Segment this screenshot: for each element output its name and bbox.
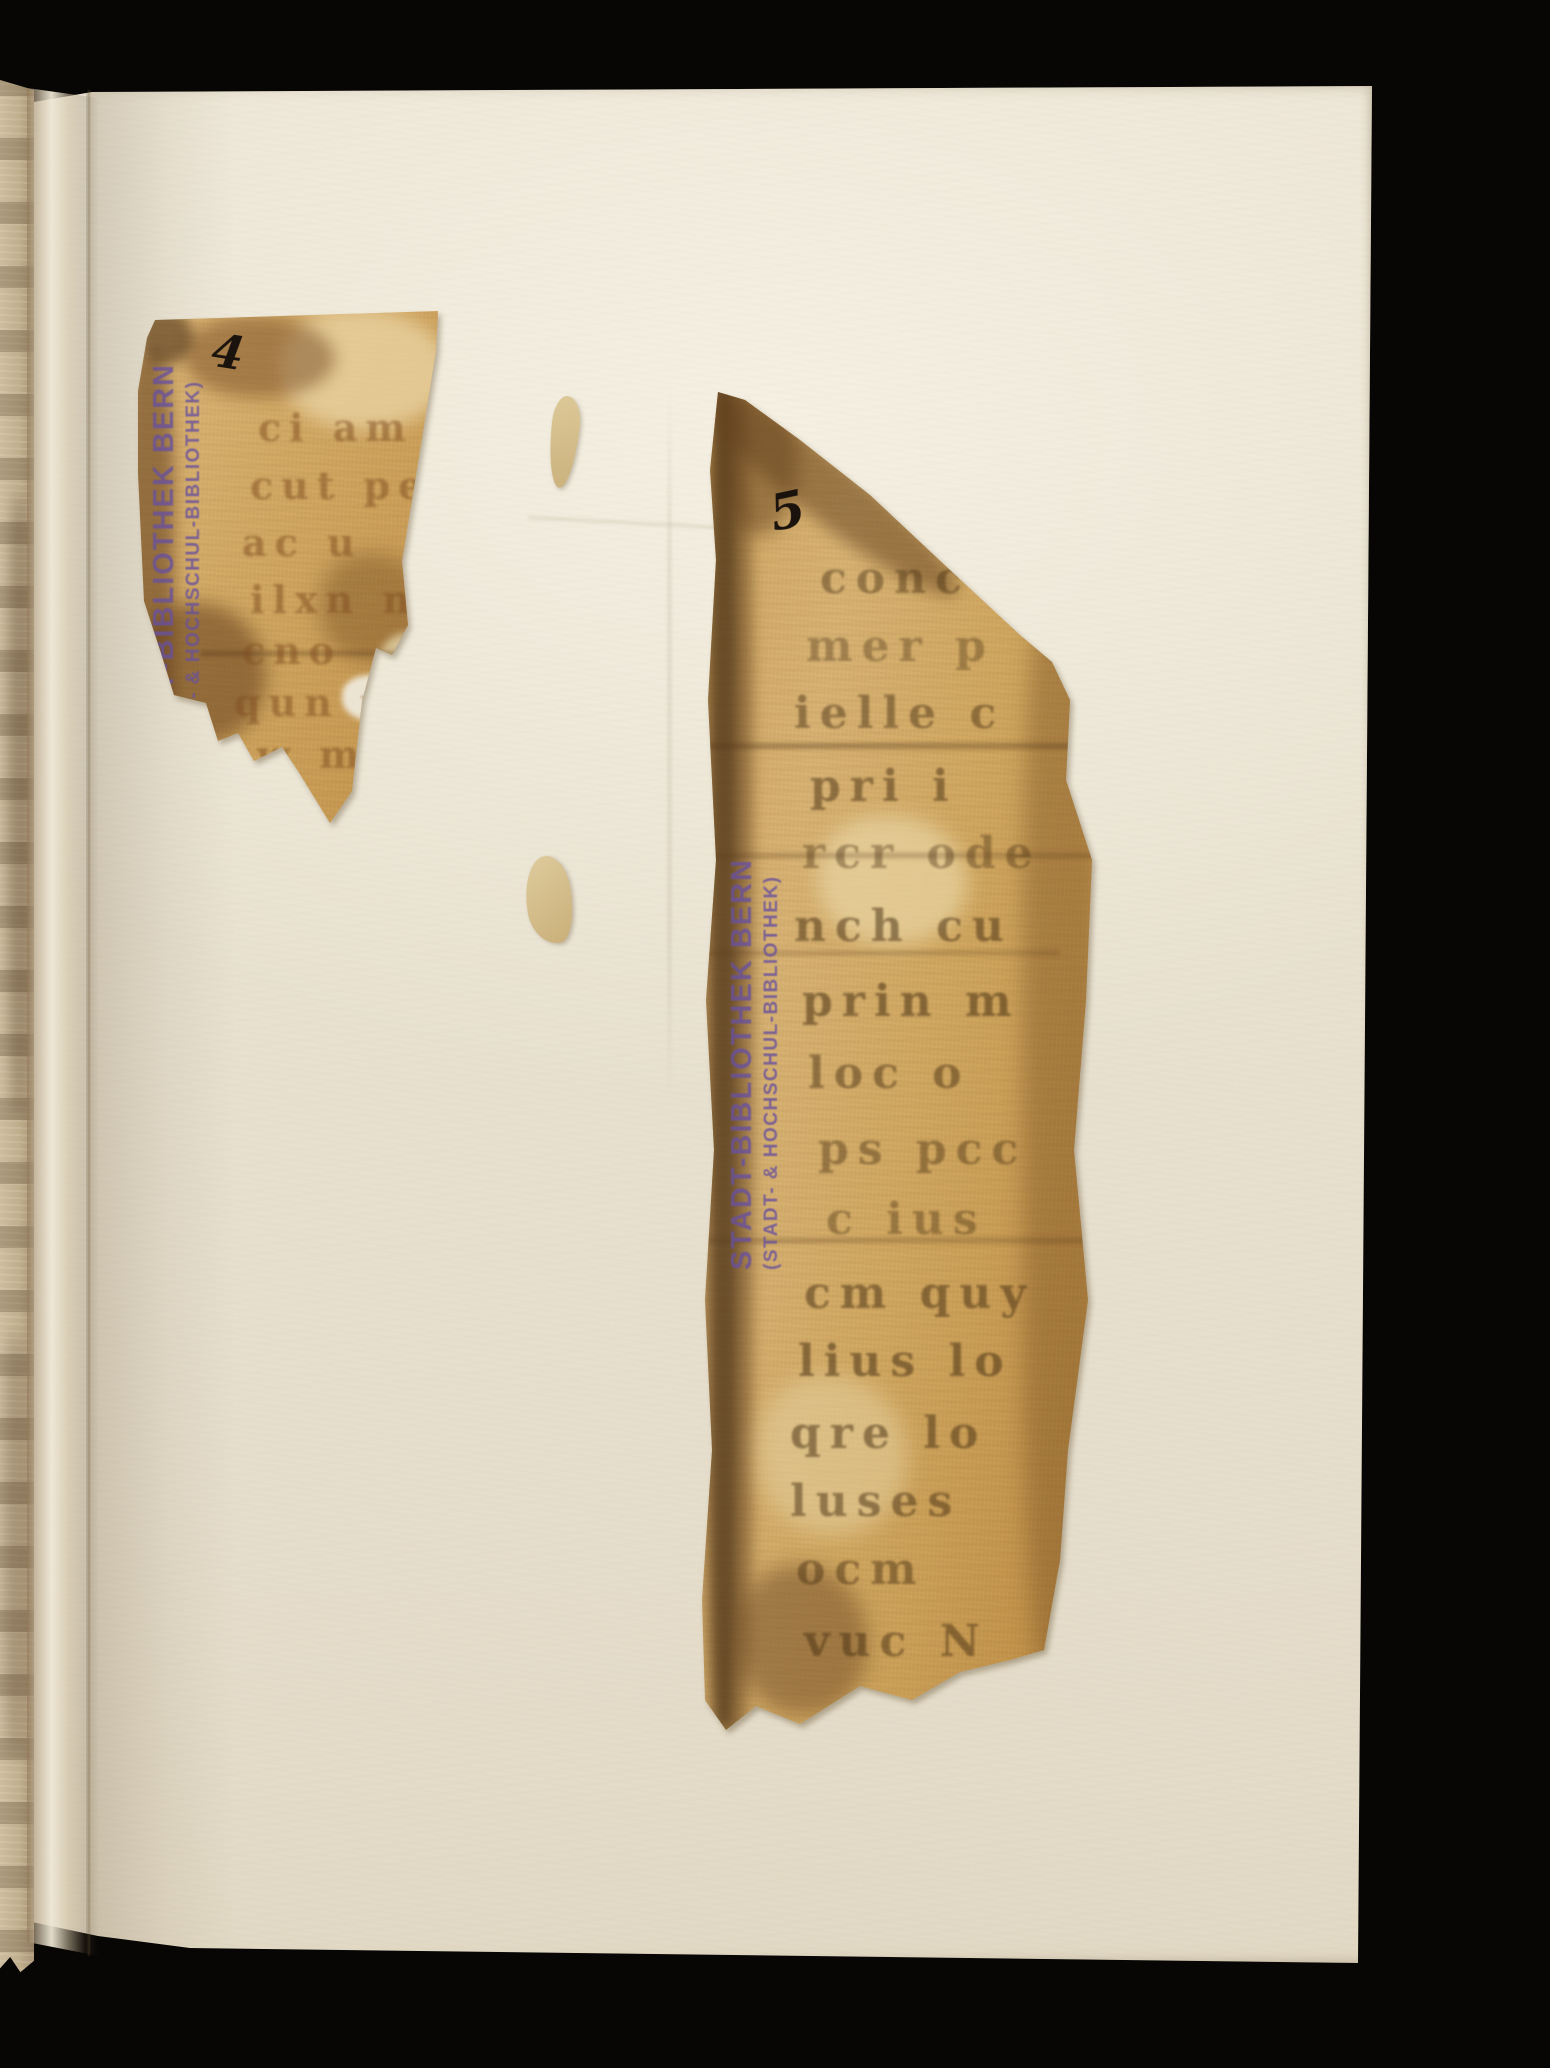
script-line: ocm [796,1544,926,1595]
script-line: ps pcc [818,1124,1027,1175]
script-line: vuc N [804,1616,989,1667]
script-line: cno [242,628,342,673]
script-line: ci am q [258,405,465,450]
script-line: rcr ode [802,828,1042,879]
script-line: lius lo [798,1336,1013,1387]
fragment-number-4: 4 [208,323,248,381]
script-line: luses [790,1476,961,1527]
script-line: cut pe [250,463,430,508]
parchment-fragment-5: conc mer p ielle c pri i rcr ode nch cu … [698,385,1100,1737]
script-line: c ius [826,1194,987,1245]
parchment-pale-tab [378,633,442,711]
paper-crease [668,384,671,1104]
script-line: prin m [802,976,1021,1027]
stamp-line-primary: STADT-BIBLIOTHEK BERN [724,858,760,1270]
library-stamp: STADT-BIBLIOTHEK BERN (STADT- & HOCHSCHU… [146,363,206,775]
script-line: qun xu [234,680,427,725]
spine-stain [4,1334,28,1754]
script-line: nch cu [794,901,1013,952]
library-stamp: STADT-BIBLIOTHEK BERN (STADT- & HOCHSCHU… [724,858,784,1270]
parchment-stain [185,317,335,397]
script-line: cm quy [804,1268,1035,1319]
spine-stain [8,494,30,1114]
script-line: cw m [226,732,367,777]
script-line: mer p [806,621,995,672]
page-edge-line [88,90,90,1956]
manuscript-photo: ci am q cut pe ac u ilxn n cno qun xu cw… [0,0,1550,2068]
script-line: conc [820,553,971,604]
stamp-line-secondary: (STADT- & HOCHSCHUL-BIBLIOTHEK) [760,858,784,1270]
crease-line [698,743,1100,749]
fragment-number-5: 5 [764,478,810,543]
script-line: ielle c [794,688,1005,739]
script-line: pri i [810,761,958,812]
fragment-body: conc mer p ielle c pri i rcr ode nch cu … [698,385,1100,1737]
script-line: qre lo [790,1408,987,1459]
parchment-stain [1023,585,1098,1685]
script-line: ilxn n [250,577,418,622]
script-line: loc o [808,1048,971,1099]
stamp-line-primary: STADT-BIBLIOTHEK BERN [146,363,182,775]
parchment-fragment-4: ci am q cut pe ac u ilxn n cno qun xu cw… [130,303,465,835]
stamp-line-secondary: (STADT- & HOCHSCHUL-BIBLIOTHEK) [182,363,206,775]
script-line: ac u [242,520,363,565]
parchment-stain [138,309,193,364]
fragment-body: ci am q cut pe ac u ilxn n cno qun xu cw… [130,303,465,835]
